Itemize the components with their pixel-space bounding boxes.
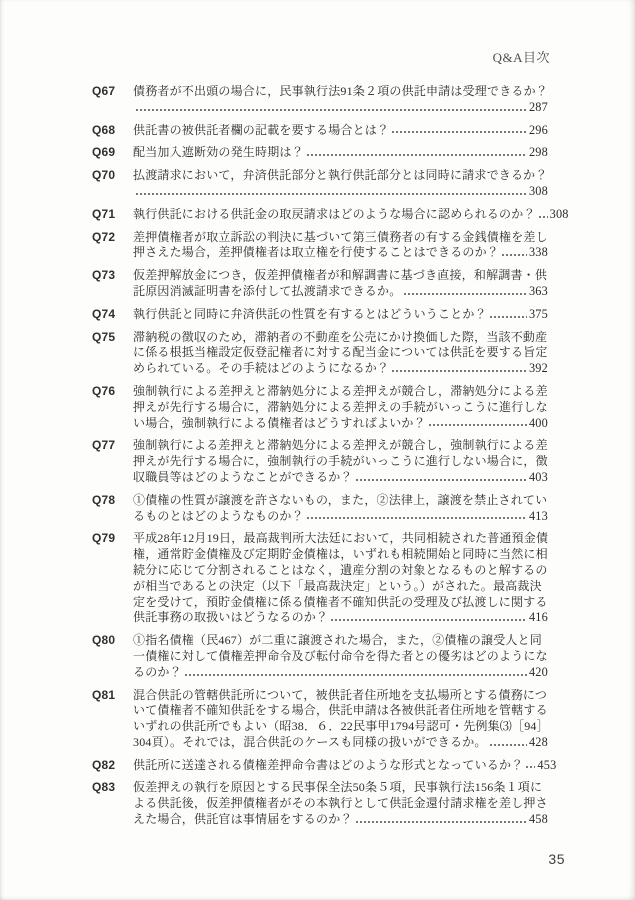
question-line: 滞納税の徴収のため，滞納者の不動産を公売にかけ換価した際，当該不動産 [133,330,548,346]
dotted-leader [306,509,527,525]
question-line: 執行供託における供託金の取戻請求はどのような場合に認められるのか？308 [133,207,548,223]
toc-entry: Q68 供託書の被供託者欄の記載を要する場合とは？296 [92,123,548,139]
page-ref: 458 [529,812,548,828]
question-text: 供託所に送達される債権差押命令書はどのような形式となっているか？ [133,758,523,774]
question-number: Q77 [92,438,133,454]
question-line: 債務者が不出頭の場合に，民事執行法91条２項の供託申請は受理できるか？ [133,84,548,100]
question-body: 供託所に送達される債権差押命令書はどのような形式となっているか？453 [133,758,548,774]
toc-entry: Q81 混合供託の管轄供託所について，被供託者住所地を支払場所とする債務について… [92,688,548,751]
question-number: Q70 [92,168,133,184]
question-line: 仮差押えの執行を原因とする民事保全法50条５項，民事執行法156条１項に [133,780,548,796]
question-body: 執行供託と同時に弁済供託の性質を有するとはどういうことか？375 [133,307,548,323]
page-ref: 400 [529,416,548,432]
question-text: められている。その手続はどのようになるか？ [133,361,389,377]
question-line: 308 [133,184,548,200]
toc-entry: Q75 滞納税の徴収のため，滞納者の不動産を公売にかけ換価した際，当該不動産に係… [92,330,548,377]
question-number: Q81 [92,688,133,704]
question-number: Q68 [92,123,133,139]
question-number: Q72 [92,230,133,246]
question-line: 供託所に送達される債権差押命令書はどのような形式となっているか？453 [133,758,548,774]
question-line: 定を受けて，預貯金債権に係る債権者不確知供託の受理及び払渡しに関する [133,595,548,611]
question-line: 304頁）。それでは，混合供託のケースも同様の扱いができるか。428 [133,735,548,751]
question-line: 権，通常貯金債権及び定期貯金債権は，いずれも相続開始と同時に当然に相 [133,547,548,563]
running-header: Q&A目次 [493,47,550,66]
question-body: 供託書の被供託者欄の記載を要する場合とは？296 [133,123,548,139]
dotted-leader [489,735,527,751]
toc-entry: Q70 払渡請求において，弁済供託部分と執行供託部分とは同時に請求できるか？30… [92,168,548,200]
question-line: 供託書の被供託者欄の記載を要する場合とは？296 [133,123,548,139]
page-ref: 287 [529,100,548,116]
toc-entry: Q80 ①指名債権（民467）が二重に譲渡された場合，また，②債権の譲受人と同一… [92,633,548,680]
dotted-leader [428,416,527,432]
question-body: 債務者が不出頭の場合に，民事執行法91条２項の供託申請は受理できるか？287 [133,84,548,116]
question-line: 混合供託の管轄供託所について，被供託者住所地を支払場所とする債務につ [133,688,548,704]
question-number: Q76 [92,384,133,400]
question-line: 平成28年12月19日，最高裁判所大法廷において，共同相続された普通預金債 [133,531,548,547]
toc-entry: Q69 配当加入遮断効の発生時期は？298 [92,145,548,161]
page-number: 35 [548,851,565,867]
toc-entry: Q83 仮差押えの執行を原因とする民事保全法50条５項，民事執行法156条１項に… [92,780,548,827]
page-ref: 375 [529,307,548,323]
question-line: 供託事務の取扱いはどうなるのか？416 [133,610,548,626]
question-body: 混合供託の管轄供託所について，被供託者住所地を支払場所とする債務について債権者不… [133,688,548,751]
toc-entry: Q79 平成28年12月19日，最高裁判所大法廷において，共同相続された普通預金… [92,531,548,626]
dotted-leader [525,758,535,774]
question-text: 配当加入遮断効の発生時期は？ [133,145,304,161]
dotted-leader [355,470,527,486]
question-line: 続分に応じて分割されることはなく，遺産分割の対象となるものと解するの [133,563,548,579]
dotted-leader [538,207,548,223]
question-line: に係る根抵当権設定仮登記権者に対する配当金については供託を要する旨定 [133,345,548,361]
question-line: 押さえた場合，差押債権者は取立権を行使することはできるのか？338 [133,245,548,261]
question-line: 強制執行による差押えと滞納処分による差押えが競合し，強制執行による差 [133,438,548,454]
question-body: 平成28年12月19日，最高裁判所大法廷において，共同相続された普通預金債権，通… [133,531,548,626]
question-text: 押さえた場合，差押債権者は取立権を行使することはできるのか？ [133,245,499,261]
toc-entry: Q72 差押債権者が取立訴訟の判決に基づいて第三債務者の有する金銭債権を差し押さ… [92,230,548,262]
question-line: るものとはどのようなものか？413 [133,509,548,525]
question-text: 供託事務の取扱いはどうなるのか？ [133,610,328,626]
question-text: 託原因消滅証明書を添付して払渡請求できるか。 [133,284,401,300]
page-ref: 416 [529,610,548,626]
question-number: Q69 [92,145,133,161]
question-line: 収職員等はどのようなことができるか？403 [133,470,548,486]
question-line: るのか？420 [133,665,548,681]
question-number: Q67 [92,84,133,100]
dotted-leader [391,361,527,377]
question-line: 払渡請求において，弁済供託部分と執行供託部分とは同時に請求できるか？ [133,168,548,184]
question-text: えた場合，供託官は事情届をするのか？ [133,812,353,828]
toc-list: Q67 債務者が不出頭の場合に，民事執行法91条２項の供託申請は受理できるか？2… [92,84,548,835]
page-ref: 453 [537,758,556,774]
dotted-leader [355,812,527,828]
question-body: 仮差押解放金につき，仮差押債権者が和解調書に基づき直接，和解調書・供託原因消滅証… [133,268,548,300]
question-body: ①債権の性質が譲渡を許さないもの，また，②法律上，譲渡を禁止されているものとはど… [133,493,548,525]
toc-entry: Q76 強制執行による差押えと滞納処分による差押えが競合し，滞納処分による差押え… [92,384,548,431]
question-line: 託原因消滅証明書を添付して払渡請求できるか。363 [133,284,548,300]
question-line: 執行供託と同時に弁済供託の性質を有するとはどういうことか？375 [133,307,548,323]
question-line: えた場合，供託官は事情届をするのか？458 [133,812,548,828]
toc-entry: Q73 仮差押解放金につき，仮差押債権者が和解調書に基づき直接，和解調書・供託原… [92,268,548,300]
page-ref: 308 [550,207,569,223]
page-ref: 363 [529,284,548,300]
question-line: が相当であるとの決定（以下「最高裁決定」という。）がされた。最高裁決 [133,579,548,595]
question-text: るのか？ [133,665,182,681]
page-ref: 338 [529,245,548,261]
toc-entry: Q77 強制執行による差押えと滞納処分による差押えが競合し，強制執行による差押え… [92,438,548,485]
page-ref: 392 [529,361,548,377]
question-body: 差押債権者が取立訴訟の判決に基づいて第三債務者の有する金銭債権を差し押さえた場合… [133,230,548,262]
question-text: るものとはどのようなものか？ [133,509,304,525]
question-body: ①指名債権（民467）が二重に譲渡された場合，また，②債権の譲受人と同一債権に対… [133,633,548,680]
question-text: 304頁）。それでは，混合供託のケースも同様の扱いができるか。 [133,735,487,751]
question-line: 押えが先行する場合に，滞納処分による差押えの手続がいっこうに進行しな [133,400,548,416]
question-line: 強制執行による差押えと滞納処分による差押えが競合し，滞納処分による差 [133,384,548,400]
question-text: 収職員等はどのようなことができるか？ [133,470,353,486]
dotted-leader [135,100,527,116]
dotted-leader [330,610,527,626]
question-line: ①指名債権（民467）が二重に譲渡された場合，また，②債権の譲受人と同 [133,633,548,649]
question-text: 執行供託における供託金の取戻請求はどのような場合に認められるのか？ [133,207,536,223]
page-ref: 298 [529,145,548,161]
question-line: いずれの供託所でもよい（昭38．６．22民事甲1794号認可・先例集⑶［94］ [133,719,548,735]
question-body: 強制執行による差押えと滞納処分による差押えが競合し，滞納処分による差押えが先行す… [133,384,548,431]
question-text: 供託書の被供託者欄の記載を要する場合とは？ [133,123,389,139]
scanned-toc-page: Q&A目次 Q67 債務者が不出頭の場合に，民事執行法91条２項の供託申請は受理… [0,0,635,900]
dotted-leader [501,245,527,261]
question-line: ①債権の性質が譲渡を許さないもの，また，②法律上，譲渡を禁止されてい [133,493,548,509]
dotted-leader [391,123,527,139]
question-number: Q74 [92,307,133,323]
toc-entry: Q74 執行供託と同時に弁済供託の性質を有するとはどういうことか？375 [92,307,548,323]
toc-entry: Q67 債務者が不出頭の場合に，民事執行法91条２項の供託申請は受理できるか？2… [92,84,548,116]
dotted-leader [306,145,527,161]
dotted-leader [184,665,527,681]
toc-entry: Q78 ①債権の性質が譲渡を許さないもの，また，②法律上，譲渡を禁止されているも… [92,493,548,525]
question-body: 執行供託における供託金の取戻請求はどのような場合に認められるのか？308 [133,207,548,223]
page-ref: 413 [529,509,548,525]
page-ref: 296 [529,123,548,139]
dotted-leader [489,307,527,323]
question-text: 執行供託と同時に弁済供託の性質を有するとはどういうことか？ [133,307,487,323]
question-number: Q80 [92,633,133,649]
question-line: 仮差押解放金につき，仮差押債権者が和解調書に基づき直接，和解調書・供 [133,268,548,284]
question-number: Q71 [92,207,133,223]
question-number: Q73 [92,268,133,284]
question-line: 差押債権者が取立訴訟の判決に基づいて第三債務者の有する金銭債権を差し [133,230,548,246]
question-text: い場合，強制執行による債権者はどうすればよいか？ [133,416,426,432]
question-number: Q83 [92,780,133,796]
toc-entry: Q82 供託所に送達される債権差押命令書はどのような形式となっているか？453 [92,758,548,774]
toc-entry: Q71 執行供託における供託金の取戻請求はどのような場合に認められるのか？308 [92,207,548,223]
question-line: よる供託後，仮差押債権者がその本執行として供託金還付請求権を差し押さ [133,796,548,812]
question-line: い場合，強制執行による債権者はどうすればよいか？400 [133,416,548,432]
page-ref: 428 [529,735,548,751]
question-body: 配当加入遮断効の発生時期は？298 [133,145,548,161]
question-line: められている。その手続はどのようになるか？392 [133,361,548,377]
question-line: いて債権者不確知供託をする場合，供託申請は各被供託者住所地を管轄する [133,703,548,719]
question-line: 一債権に対して債権差押命令及び転付命令を得た者との優劣はどのようにな [133,649,548,665]
question-number: Q75 [92,330,133,346]
question-line: 押えが先行する場合に，強制執行の手続がいっこうに進行しない場合に，徴 [133,454,548,470]
question-body: 滞納税の徴収のため，滞納者の不動産を公売にかけ換価した際，当該不動産に係る根抵当… [133,330,548,377]
question-number: Q78 [92,493,133,509]
page-ref: 403 [529,470,548,486]
page-ref: 308 [529,184,548,200]
question-number: Q79 [92,531,133,547]
page-ref: 420 [529,665,548,681]
question-number: Q82 [92,758,133,774]
dotted-leader [135,184,527,200]
question-line: 287 [133,100,548,116]
question-body: 仮差押えの執行を原因とする民事保全法50条５項，民事執行法156条１項による供託… [133,780,548,827]
dotted-leader [403,284,527,300]
question-body: 強制執行による差押えと滞納処分による差押えが競合し，強制執行による差押えが先行す… [133,438,548,485]
question-body: 払渡請求において，弁済供託部分と執行供託部分とは同時に請求できるか？308 [133,168,548,200]
question-line: 配当加入遮断効の発生時期は？298 [133,145,548,161]
